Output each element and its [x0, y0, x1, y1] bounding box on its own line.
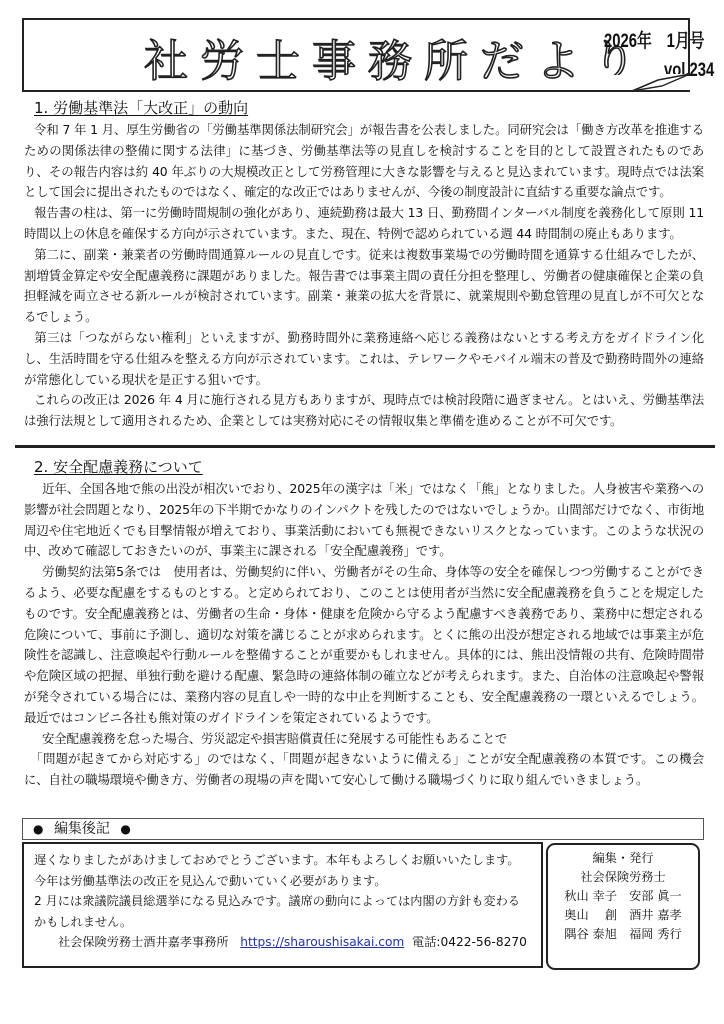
newsletter-title: 社労士事務所だより — [144, 38, 648, 86]
paragraph: 労働契約法第5条では 使用者は、労働契約に伴い、労働者がその生命、身体等の安全を… — [24, 562, 704, 728]
postscript-line: 2 月には衆議院議員総選挙になる見込みです。議席の動向によっては内閣の方針も変わ… — [34, 891, 531, 912]
paragraph: これらの改正は 2026 年 4 月に施行される見方もありますが、現時点では検討… — [24, 390, 704, 432]
paragraph: 安全配慮義務を怠った場合、労災認定や損害賠償責任に発展する可能性もあることで — [24, 729, 704, 750]
paragraph: 「問題が起きてから対応する」のではなく、「問題が起きないように備える」ことが安全… — [24, 749, 704, 791]
masthead: 社労士事務所だより 2026年 1月号 vol.234 — [22, 18, 690, 92]
section-heading: 1. 労働基準法「大改正」の動向 — [34, 97, 704, 118]
publisher-role: 社会保険労務士 — [548, 868, 698, 887]
publisher-names: 秋山 幸子 安部 眞一 — [548, 887, 698, 906]
publisher-names: 奥山 創 酒井 嘉孝 — [548, 906, 698, 925]
postscript-line: 今年は労働基準法の改正を見込んで動いていく必要があります。 — [34, 871, 531, 892]
postscript-body: 遅くなりましたがあけましておめでとうございます。本年もよろしくお願いいたします。… — [22, 842, 543, 968]
section-divider — [15, 445, 715, 448]
section-heading: 2. 安全配慮義務について — [34, 456, 704, 477]
paragraph: 報告書の柱は、第一に労働時間規制の強化があり、連続勤務は最大 13 日、勤務間イ… — [24, 203, 704, 245]
postscript-header: ● 編集後記 ● — [22, 818, 704, 840]
masthead-edge — [688, 18, 690, 76]
postscript-line: かもしれません。 — [34, 912, 531, 933]
office-name: 社会保険労務士酒井嘉孝事務所 — [58, 935, 229, 949]
paragraph: 第三は「つながらない権利」といえますが、勤務時間外に業務連絡へ応じる義務はないと… — [24, 328, 704, 390]
paragraph: 令和 7 年 1 月、厚生労働省の「労働基準関係法制研究会」が報告書を公表しまし… — [24, 120, 704, 203]
postscript-title: 編集後記 — [54, 821, 110, 837]
bullet-icon: ● — [33, 822, 43, 836]
publisher-title: 編集・発行 — [548, 849, 698, 868]
postscript-line: 遅くなりましたがあけましておめでとうございます。本年もよろしくお願いいたします。 — [34, 850, 531, 871]
publisher-box: 編集・発行 社会保険労務士 秋山 幸子 安部 眞一 奥山 創 酒井 嘉孝 隅谷 … — [546, 843, 700, 970]
paragraph: 第二に、副業・兼業者の労働時間通算ルールの見直しです。従来は複数事業場での労働時… — [24, 245, 704, 328]
website-link[interactable]: https://sharoushisakai.com — [240, 935, 404, 949]
paragraph: 近年、全国各地で熊の出没が相次いでおり、2025年の漢字は「米」ではなく「熊」と… — [24, 479, 704, 562]
bullet-icon: ● — [120, 822, 130, 836]
section-duty-of-safety-care: 2. 安全配慮義務について 近年、全国各地で熊の出没が相次いでおり、2025年の… — [24, 456, 704, 791]
section-labor-standards-reform: 1. 労働基準法「大改正」の動向 令和 7 年 1 月、厚生労働省の「労働基準関… — [24, 97, 704, 432]
phone-number: 電話:0422-56-8270 — [412, 935, 527, 949]
office-contact: 社会保険労務士酒井嘉孝事務所 https://sharoushisakai.co… — [34, 932, 531, 953]
publisher-names: 隅谷 泰旭 福岡 秀行 — [548, 925, 698, 944]
page-curl-decoration — [600, 74, 692, 94]
